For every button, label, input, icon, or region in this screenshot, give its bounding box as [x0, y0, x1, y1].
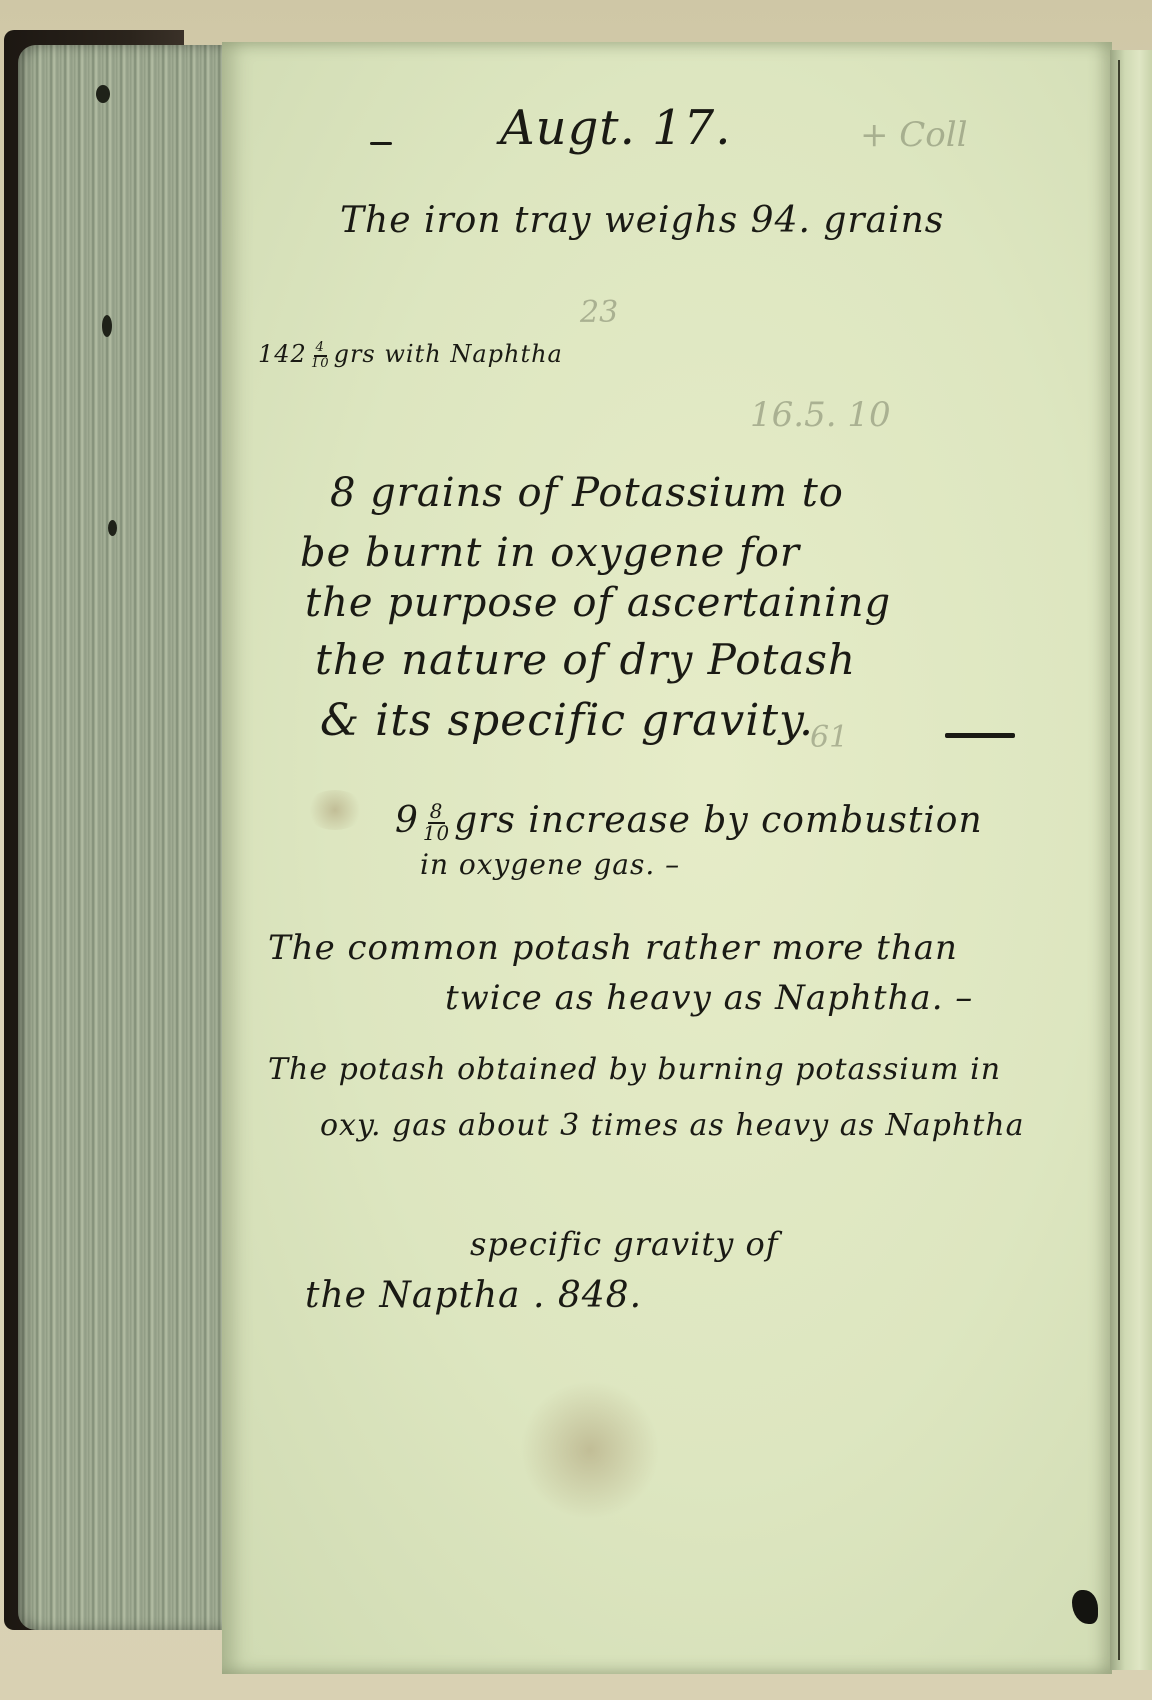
ink-blot: [108, 520, 117, 536]
note-text: grs with Naphtha: [334, 340, 563, 368]
ink-flourish: [945, 733, 1015, 738]
fraction-numerator: 4: [314, 341, 327, 356]
note-line: twice as heavy as Naphtha. –: [445, 978, 973, 1018]
note-line: The common potash rather more than: [268, 928, 958, 968]
note-line-with-fraction: 142410grs with Naphtha: [258, 340, 563, 370]
gutter-line: [1118, 60, 1120, 1660]
ink-blot: [102, 315, 112, 337]
note-line: be burnt in oxygene for: [300, 530, 800, 576]
fraction-denominator: 10: [423, 824, 450, 844]
note-line-superscript: specific gravity of: [470, 1225, 779, 1263]
bleed-through-text: 23: [580, 295, 618, 330]
page-edges: [18, 45, 223, 1630]
note-line: The iron tray weighs 94. grains: [340, 200, 944, 241]
bleed-through-text: 16.5. 10: [750, 395, 891, 435]
bleed-through-text: + Coll: [860, 115, 968, 155]
note-line: the purpose of ascertaining: [305, 580, 891, 626]
note-number: 142: [258, 340, 307, 368]
note-line: oxy. gas about 3 times as heavy as Napht…: [320, 1108, 1024, 1143]
note-number: 9: [395, 800, 419, 841]
bleed-through-text: 61: [810, 720, 848, 755]
note-line: the Naptha . 848.: [305, 1275, 642, 1316]
note-line: in oxygene gas. –: [420, 848, 680, 881]
fraction-numerator: 8: [428, 802, 446, 824]
note-line: 8 grains of Potassium to: [330, 470, 844, 516]
note-line-with-fraction: 9810grs increase by combustion: [395, 800, 983, 844]
entry-date: Augt. 17.: [500, 100, 731, 156]
heading-dash: [370, 142, 392, 145]
note-text: grs increase by combustion: [454, 800, 983, 841]
fraction-denominator: 10: [311, 357, 330, 370]
note-line: The potash obtained by burning potassium…: [268, 1052, 1001, 1087]
stain: [520, 1380, 660, 1520]
fraction: 410: [311, 341, 330, 369]
facing-page-edge: [1110, 50, 1152, 1670]
note-line: the nature of dry Potash: [315, 635, 856, 684]
ink-blot: [96, 85, 110, 103]
note-line: & its specific gravity.: [320, 695, 814, 746]
stain: [305, 790, 365, 830]
fraction: 810: [423, 802, 450, 844]
